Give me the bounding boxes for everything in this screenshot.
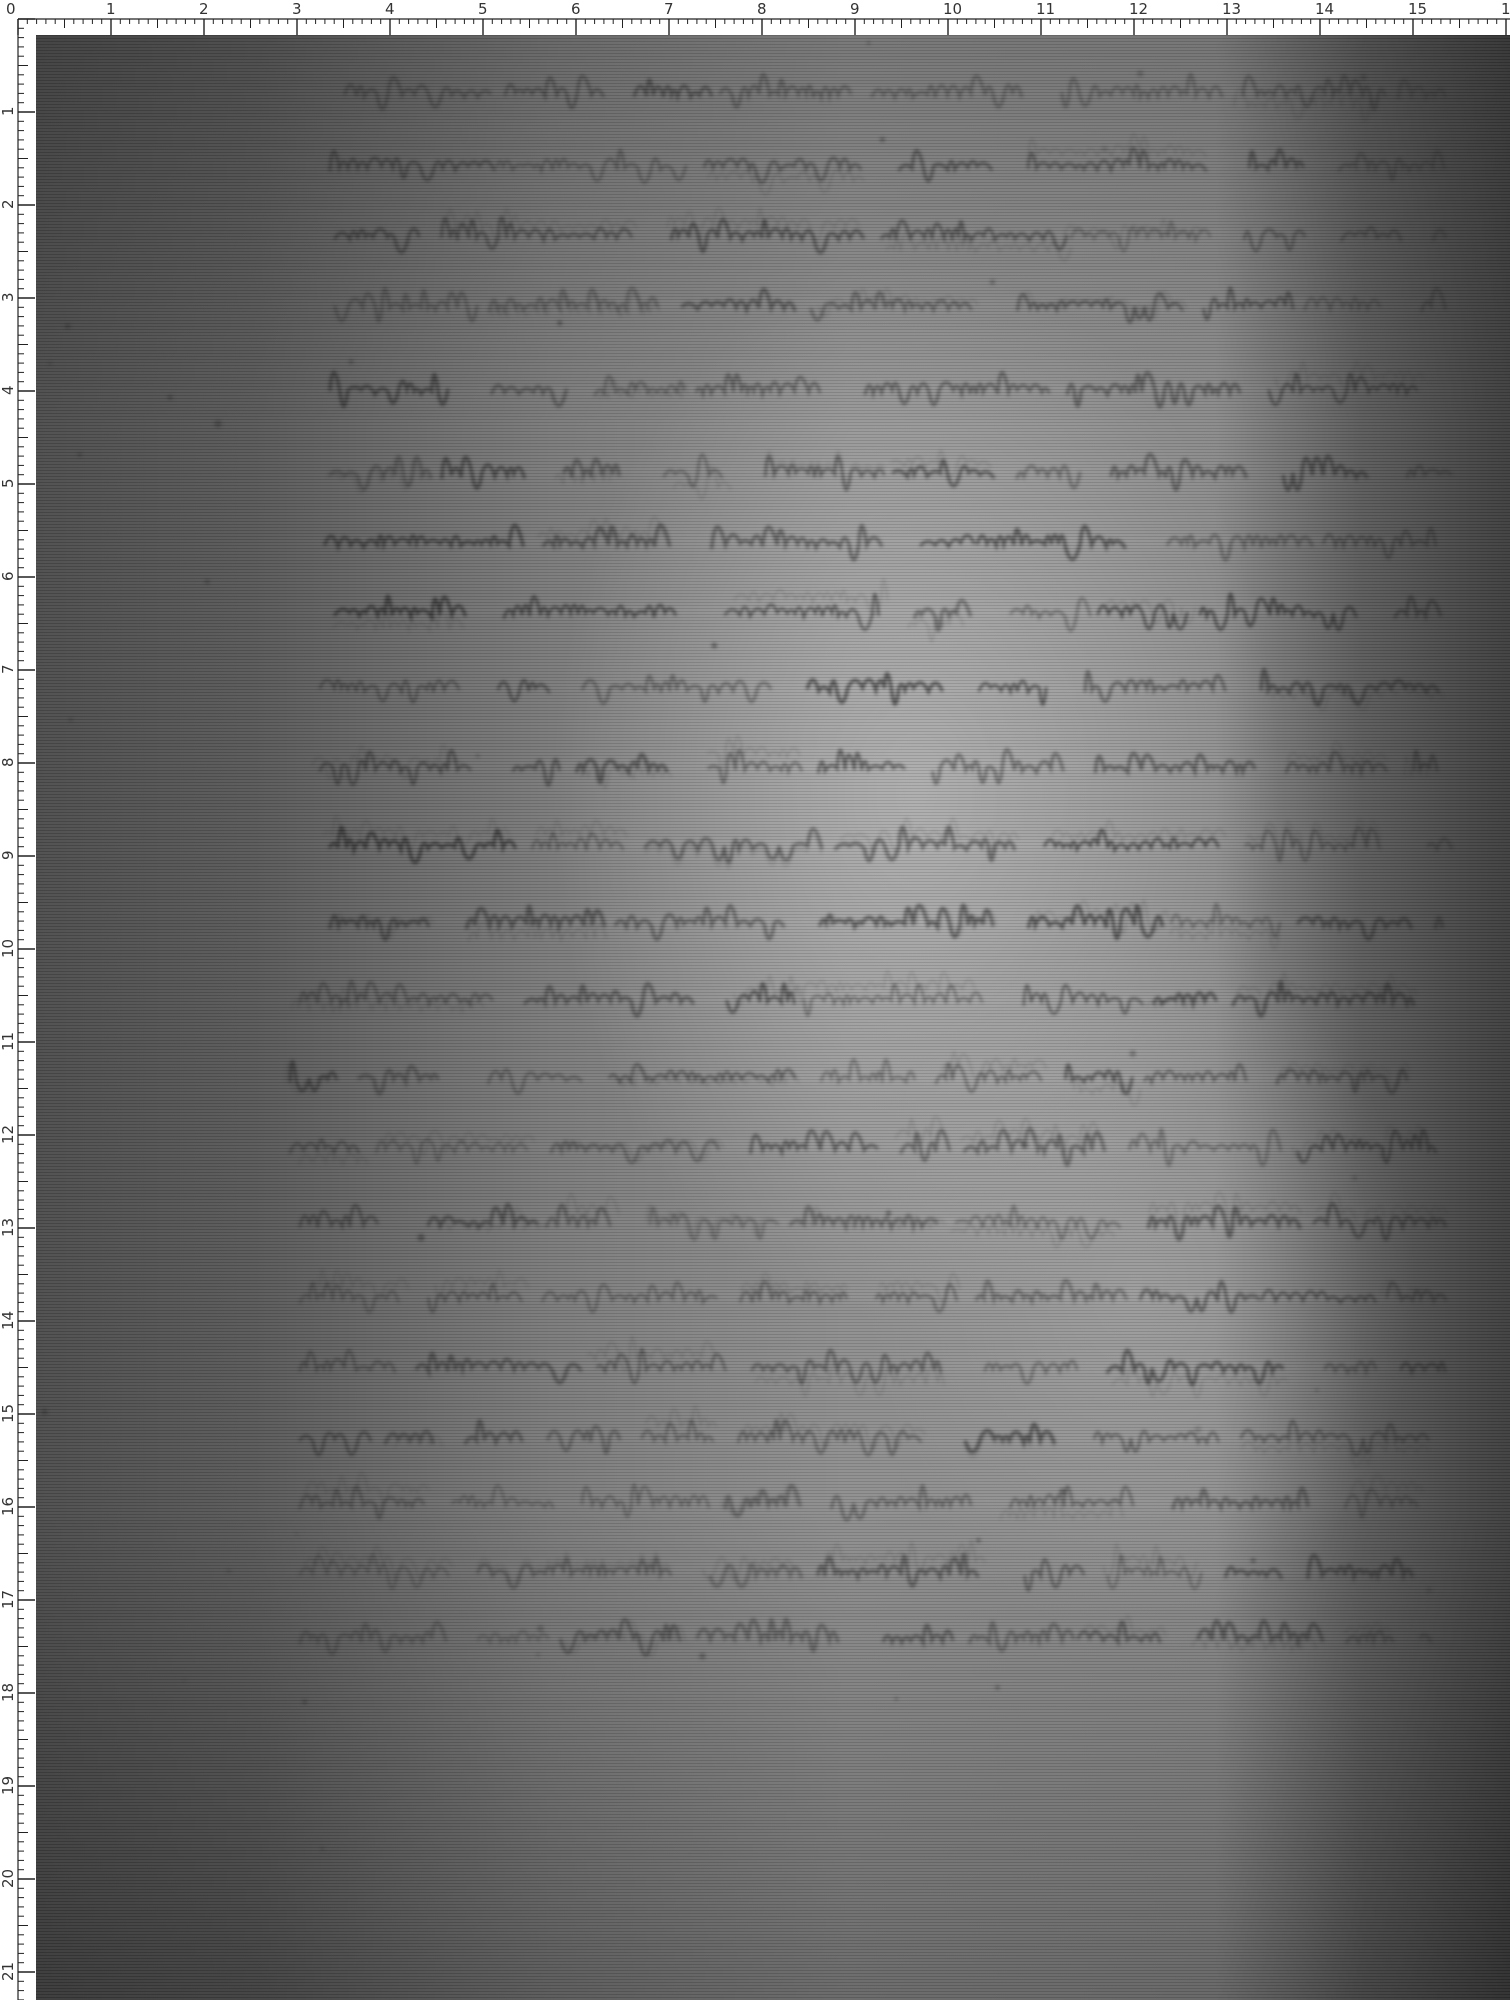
- ruler-top-label: 6: [571, 0, 581, 18]
- ruler-left-label: 18: [0, 1683, 17, 1702]
- ruler-top-label: 1: [1501, 0, 1510, 18]
- ruler-top-label: 15: [1408, 0, 1427, 18]
- ruler-top-label: 13: [1222, 0, 1241, 18]
- ruler-top-label: 11: [1036, 0, 1055, 18]
- ruler-left-label: 4: [0, 385, 17, 395]
- ruler-top-label: 0: [6, 0, 16, 18]
- ruler-left-label: 12: [0, 1125, 17, 1144]
- ruler-left-label: 7: [0, 664, 17, 674]
- ruler-left-label: 15: [0, 1404, 17, 1423]
- ruler-top-label: 9: [850, 0, 860, 18]
- ruler-top-label: 2: [199, 0, 209, 18]
- ruler-left-label: 13: [0, 1218, 17, 1237]
- ruler-scale: 0123456789101112131415112345678910111213…: [0, 0, 1510, 2000]
- ruler-left-label: 14: [0, 1311, 17, 1330]
- ruler-left-label: 11: [0, 1032, 17, 1051]
- ruler-top-label: 7: [664, 0, 674, 18]
- ruler-left-label: 20: [0, 1869, 17, 1888]
- ruler-left-label: 8: [0, 757, 17, 767]
- ruler-top-label: 4: [385, 0, 395, 18]
- ruler-top-label: 14: [1315, 0, 1334, 18]
- ruler-left-label: 1: [0, 106, 17, 116]
- ruler-top-label: 12: [1129, 0, 1148, 18]
- ruler-left-label: 2: [0, 199, 17, 209]
- ruler-top-label: 1: [106, 0, 116, 18]
- ruler-left-label: 16: [0, 1497, 17, 1516]
- ruler-left-label: 9: [0, 850, 17, 860]
- ruler-left-label: 3: [0, 292, 17, 302]
- ruler-left-label: 10: [0, 939, 17, 958]
- ruler-top-label: 8: [757, 0, 767, 18]
- ruler-left-label: 17: [0, 1590, 17, 1609]
- ruler-left-label: 19: [0, 1776, 17, 1795]
- ruler-top-label: 3: [292, 0, 302, 18]
- ruler-left-label: 21: [0, 1962, 17, 1981]
- ruler-top-label: 10: [943, 0, 962, 18]
- ruler-left-label: 6: [0, 571, 17, 581]
- ruler-left-label: 5: [0, 478, 17, 488]
- ruler-top-label: 5: [478, 0, 488, 18]
